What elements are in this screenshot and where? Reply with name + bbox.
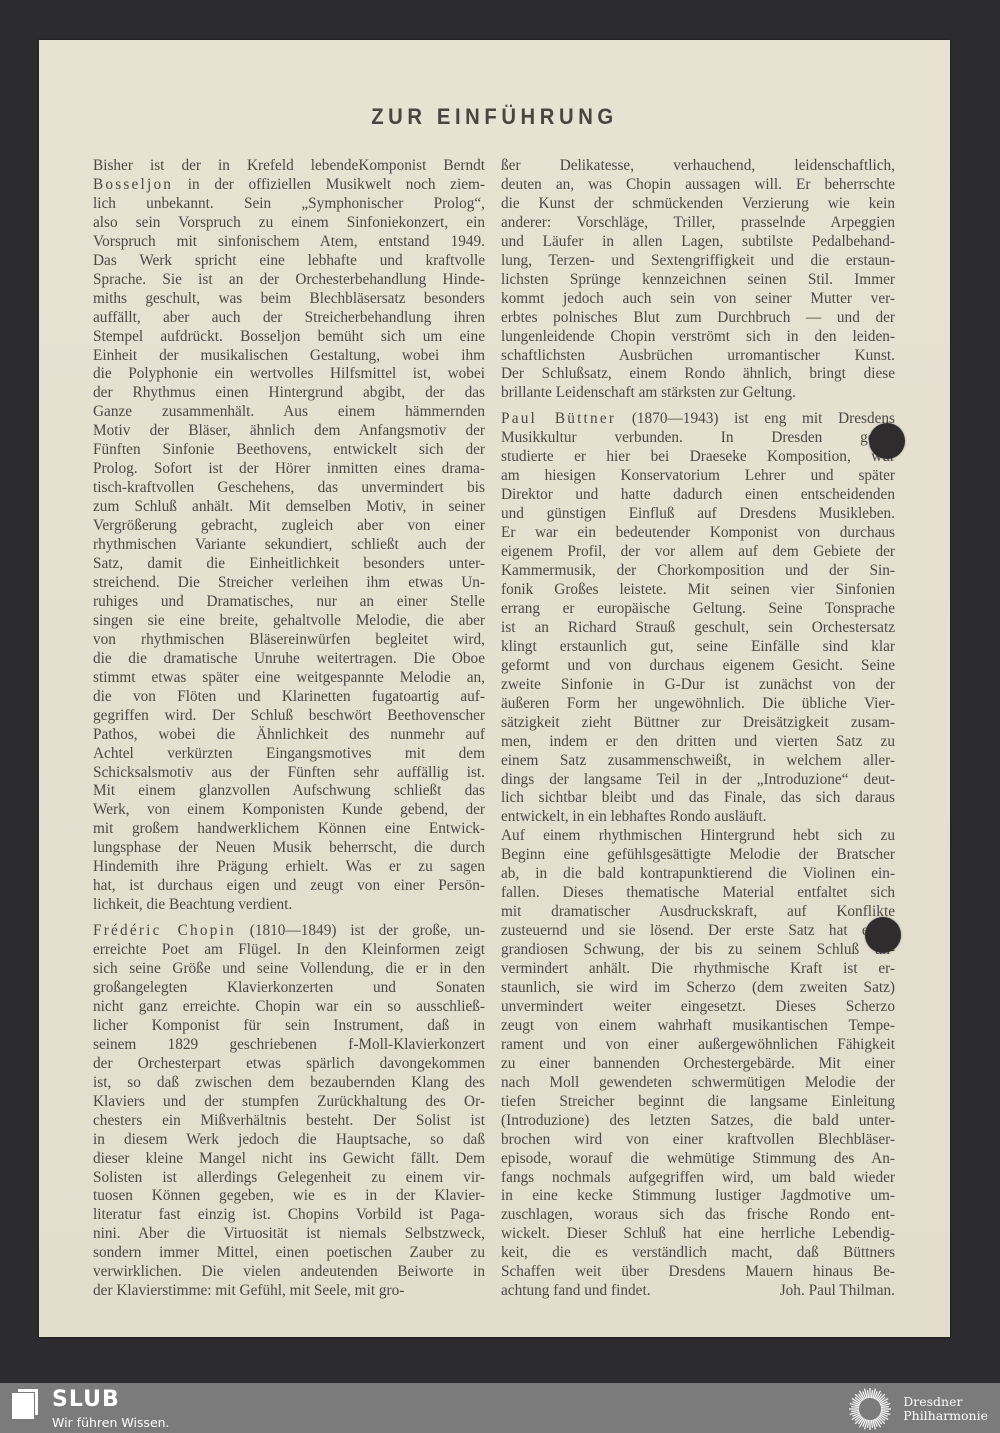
text-line: und günstigen Einfluß auf Dresdens Musik… (501, 505, 895, 524)
text-line: Frédéric Chopin (1810—1849) ist der groß… (93, 922, 485, 941)
text-line: auffällt, aber auch der Streicherbehandl… (93, 309, 485, 328)
text-line: Ganze zusammenhält. Aus einem hämmernden (93, 403, 485, 422)
text-line: brillante Leidenschaft am stärksten zur … (501, 384, 895, 403)
sunburst-ring-icon (847, 1386, 893, 1432)
text-line: literatur fast einzig ist. Chopins Vorbi… (93, 1206, 485, 1225)
text-line: zweite Sinfonie in G-Dur ist zunächst vo… (501, 676, 895, 695)
text-line: licher Komponist für sein Instrument, da… (93, 1017, 485, 1036)
text-line: von rhythmischen Bläsereinwürfen begleit… (93, 631, 485, 650)
punch-hole-top (869, 423, 905, 459)
right-column: ßer Delikatesse, verhauchend, leidenscha… (501, 157, 895, 1301)
text-line: grandiosen Schwung, der bis zu seinem Sc… (501, 941, 895, 960)
text-line: deuten an, was Chopin aussagen will. Er … (501, 176, 895, 195)
text-line: singen sie eine breite, gehaltvolle Melo… (93, 612, 485, 631)
text-line: lichkeit, die Beachtung verdient. (93, 896, 485, 915)
slub-logo[interactable]: SLUB Wir führen Wissen. (12, 1389, 170, 1431)
text-line: Der Schlußsatz, einem Rondo ähnlich, bri… (501, 365, 895, 384)
text-line: anderer: Vorschläge, Triller, prasselnde… (501, 214, 895, 233)
text-line: großangelegten Klavierkonzerten und Sona… (93, 979, 485, 998)
text-line: schaftlichsten Ausbrüchen urromantischer… (501, 347, 895, 366)
document-page: ZUR EINFÜHRUNG Bisher ist der in Krefeld… (39, 40, 950, 1337)
text-line: keit, die es verständlich macht, daß Büt… (501, 1244, 895, 1263)
text-line: Schicksalsmotiv aus der Fünften sehr auf… (93, 764, 485, 783)
text-line: sich seine Größe und seine Vollendung, d… (93, 960, 485, 979)
text-line: Auf einem rhythmischen Hintergrund hebt … (501, 827, 895, 846)
text-line: Schaffen weit über Dresdens Mauern hinau… (501, 1263, 895, 1282)
text-line: lich sichtbar bleibt und das Finale, das… (501, 789, 895, 808)
text-line: brochen wird von einer kraftvollen Blech… (501, 1131, 895, 1150)
text-line: lichsten Sprünge kennzeichnen seinen Sti… (501, 271, 895, 290)
text-line: dings der langsame Teil in der „Introduz… (501, 771, 895, 790)
paragraph: Paul Büttner (1870—1943) ist eng mit Dre… (501, 410, 895, 827)
text-line: Vorspruch mit sinfonischem Atem, entstan… (93, 233, 485, 252)
text-line: zum Schluß anhält. Mit demselben Motiv, … (93, 498, 485, 517)
text-line: Vergrößerung gebracht, zugleich aber von… (93, 517, 485, 536)
text-line: men, indem er den dritten und vierten Sa… (501, 733, 895, 752)
dp-line2: Philharmonie (903, 1409, 988, 1423)
text-line: Achtel verkürzten Eingangsmotives mit de… (93, 745, 485, 764)
text-line: fonik Großes leistete. Mit seinen vier S… (501, 581, 895, 600)
text-line: Solisten ist allerdings Gelegenheit zu e… (93, 1169, 485, 1188)
text-line: und Läufer in allen Lagen, subtilste Ped… (501, 233, 895, 252)
text-line: Klaviers und der stumpfen Zurückhaltung … (93, 1093, 485, 1112)
text-line: vermindert anhält. Die rhythmische Kraft… (501, 960, 895, 979)
text-line: am hiesigen Konservatorium Lehrer und sp… (501, 467, 895, 486)
text-line: Paul Büttner (1870—1943) ist eng mit Dre… (501, 410, 895, 429)
text-line: Bisher ist der in Krefeld lebendeKomponi… (93, 157, 485, 176)
paragraph: Auf einem rhythmischen Hintergrund hebt … (501, 827, 895, 1301)
text-line: fallen. Dieses thematische Material entf… (501, 884, 895, 903)
text-line: die von Flöten und Klarinetten fugatoart… (93, 688, 485, 707)
text-line: nicht ganz erreichte. Chopin war ein so … (93, 998, 485, 1017)
text-line: klingt erstaunlich gut, seine Einfälle s… (501, 638, 895, 657)
left-column: Bisher ist der in Krefeld lebendeKomponi… (93, 157, 485, 1301)
text-line: errang er europäische Geltung. Seine Ton… (501, 600, 895, 619)
text-line: der Rhythmus einen Hintergrund abgibt, d… (93, 384, 485, 403)
text-line: Fünften Sinfonie Beethovens, entwickelt … (93, 441, 485, 460)
text-line: ruhiges und Dramatisches, nur an einer S… (93, 593, 485, 612)
text-line: lungenleidende Chopin verströmt sich in … (501, 328, 895, 347)
text-line: Musikkultur verbunden. In Dresden gebor (501, 429, 895, 448)
paragraph: ßer Delikatesse, verhauchend, leidenscha… (501, 157, 895, 403)
text-line: die Kunst der schmückenden Verzierung wi… (501, 195, 895, 214)
text-line: Das Werk spricht eine lebhafte und kraft… (93, 252, 485, 271)
text-line: mit großem handwerklichem Können eine En… (93, 820, 485, 839)
text-line: die die dramatische Unruhe weitertragen.… (93, 650, 485, 669)
text-line: einem Satz zusammenschweißt, in welchem … (501, 752, 895, 771)
text-line: äußeren Form her ungewöhnlich. Die üblic… (501, 695, 895, 714)
text-line: zu einer bannenden Orchestergebärde. Mit… (501, 1055, 895, 1074)
text-line: ßer Delikatesse, verhauchend, leidenscha… (501, 157, 895, 176)
text-line: entwickelt, in ein lebhaftes Rondo auslä… (501, 808, 895, 827)
text-line: unvermindert weiter eingesetzt. Dieses S… (501, 998, 895, 1017)
paragraph: Frédéric Chopin (1810—1849) ist der groß… (93, 922, 485, 1301)
text-line: in diesem Werk jedoch die Hauptsache, so… (93, 1131, 485, 1150)
text-line: erreichte Poet am Flügel. In den Kleinfo… (93, 941, 485, 960)
text-line: Pathos, wobei die Ähnlichkeit des nunmeh… (93, 726, 485, 745)
text-line: geformt und von durchaus eigenem Gesicht… (501, 657, 895, 676)
text-line: rhythmischen Variante sekundiert, schlie… (93, 536, 485, 555)
text-line: wickelt. Dieser Schluß hat eine herrlich… (501, 1225, 895, 1244)
text-line: Satz, damit die Einheitlichkeit besonder… (93, 555, 485, 574)
text-line: tiefen Streicher beginnt die langsame Ei… (501, 1093, 895, 1112)
text-line: Beginn eine gefühlsgesättigte Melodie de… (501, 846, 895, 865)
text-line: tisch-kraftvollen Geschehens, das unverm… (93, 479, 485, 498)
text-line: verwirklichen. Die vielen andeutenden Be… (93, 1263, 485, 1282)
text-line: dieser kleine Mangel nicht ins Gewicht f… (93, 1150, 485, 1169)
text-line: Sprache. Sie ist an der Orchesterbehandl… (93, 271, 485, 290)
text-line: sondern immer Mittel, einen poetischen Z… (93, 1244, 485, 1263)
text-line: ist an Richard Strauß geschult, sein Orc… (501, 619, 895, 638)
text-line: in eine kecke Stimmung lustiger Jagdmoti… (501, 1187, 895, 1206)
paragraph: Bisher ist der in Krefeld lebendeKomponi… (93, 157, 485, 915)
text-line: zeugt von einem wahrhaft musikantischen … (501, 1017, 895, 1036)
footer-bar: SLUB Wir führen Wissen. Dresdner Philhar… (0, 1383, 1000, 1433)
text-line: (Introduzione) des letzten Satzes, die b… (501, 1112, 895, 1131)
text-line: nini. Aber die Virtuosität ist niemals S… (93, 1225, 485, 1244)
text-line: die Polyphonie ein wertvolles Hilfsmitte… (93, 365, 485, 384)
dp-line1: Dresdner (903, 1395, 988, 1409)
text-line: tuosen Können gegeben, wie es in der Kla… (93, 1187, 485, 1206)
page-title: ZUR EINFÜHRUNG (75, 104, 913, 130)
slub-tagline: Wir führen Wissen. (52, 1415, 170, 1431)
text-line: ab, in die bald kontrapunktierend die Vi… (501, 865, 895, 884)
text-line: der Klavierstimme: mit Gefühl, mit Seele… (93, 1282, 485, 1301)
text-line: chesters ein Mißverhältnis besteht. Der … (93, 1112, 485, 1131)
text-line: ist, so daß zwischen dem bezaubernden Kl… (93, 1074, 485, 1093)
text-line: gegriffen wird. Der Schluß beschwört Bee… (93, 707, 485, 726)
text-line: seinem 1829 geschriebenen f-Moll-Klavier… (93, 1036, 485, 1055)
text-line: also sein Vorspruch zu einem Sinfoniekon… (93, 214, 485, 233)
punch-hole-bottom (865, 917, 901, 953)
text-line: eigenem Profil, der vor allem auf dem Ge… (501, 543, 895, 562)
author-signature: Joh. Paul Thilman. (780, 1282, 895, 1301)
text-line: lungsphase der Neuen Musik beherrscht, d… (93, 839, 485, 858)
text-line: nach Moll gewendeten schwermütigen Melod… (501, 1074, 895, 1093)
closing-line: achtung fand und findet.Joh. Paul Thilma… (501, 1282, 895, 1301)
text-line: zuschlagen, woraus sich das frische Rond… (501, 1206, 895, 1225)
text-line: Kammermusik, der Chorkomposition und der… (501, 562, 895, 581)
text-line: lung, Terzen- und Sextengriffigkeit und … (501, 252, 895, 271)
text-line: studierte er hier bei Draeseke Kompositi… (501, 448, 895, 467)
text-line: Motiv der Bläser, ähnlich dem Anfangsmot… (93, 422, 485, 441)
text-line: streichend. Die Streicher verleihen ihm … (93, 574, 485, 593)
text-line: fangs nochmals aufgegriffen wird, um bal… (501, 1169, 895, 1188)
text-line: sätzigkeit zieht Büttner zur Dreisätzigk… (501, 714, 895, 733)
text-line: rament und von einer außergewöhnlichen F… (501, 1036, 895, 1055)
text-line: Direktor und hatte dadurch einen entsche… (501, 486, 895, 505)
text-line: lich unbekannt. Sein „Symphonischer Prol… (93, 195, 485, 214)
text-line: episode, worauf die wehmütige Stimmung d… (501, 1150, 895, 1169)
text-line: stimmt etwas später eine weitgespannte M… (93, 669, 485, 688)
text-line: staunlich, sie wird im Scherzo (dem zwei… (501, 979, 895, 998)
closing-text: achtung fand und findet. (501, 1282, 651, 1301)
text-line: Er war ein bedeutender Komponist von dur… (501, 524, 895, 543)
text-line: miths geschult, was beim Blechbläsersatz… (93, 290, 485, 309)
text-line: kommt jedoch auch sein von seiner Mutter… (501, 290, 895, 309)
text-line: Werk, von einem Komponisten Kunde gebend… (93, 801, 485, 820)
text-line: Stempel aufdrückt. Bosseljon bemüht sich… (93, 328, 485, 347)
text-line: der Orchesterpart etwas spärlich davonge… (93, 1055, 485, 1074)
dresdner-philharmonie-logo[interactable]: Dresdner Philharmonie (847, 1386, 988, 1432)
text-line: Einheit der musikalischen Gestaltung, wo… (93, 347, 485, 366)
text-line: Bosseljon in der offiziellen Musikwelt n… (93, 176, 485, 195)
text-line: Prolog. Sofort ist der Hörer inmitten ei… (93, 460, 485, 479)
text-line: erbtes polnisches Blut zum Durchbruch — … (501, 309, 895, 328)
text-line: zusteuernd und sie lösend. Der erste Sat… (501, 922, 895, 941)
book-pages-icon (12, 1389, 40, 1419)
slub-name: SLUB (52, 1389, 170, 1411)
text-line: Mit einem glanzvollen Aufschwung schließ… (93, 782, 485, 801)
text-line: mit dramatischer Ausdruckskraft, auf Kon… (501, 903, 895, 922)
text-line: hat, ist durchaus eigen und zeugt von ei… (93, 877, 485, 896)
text-line: Hindemith ihre Prägung erhielt. Was er z… (93, 858, 485, 877)
